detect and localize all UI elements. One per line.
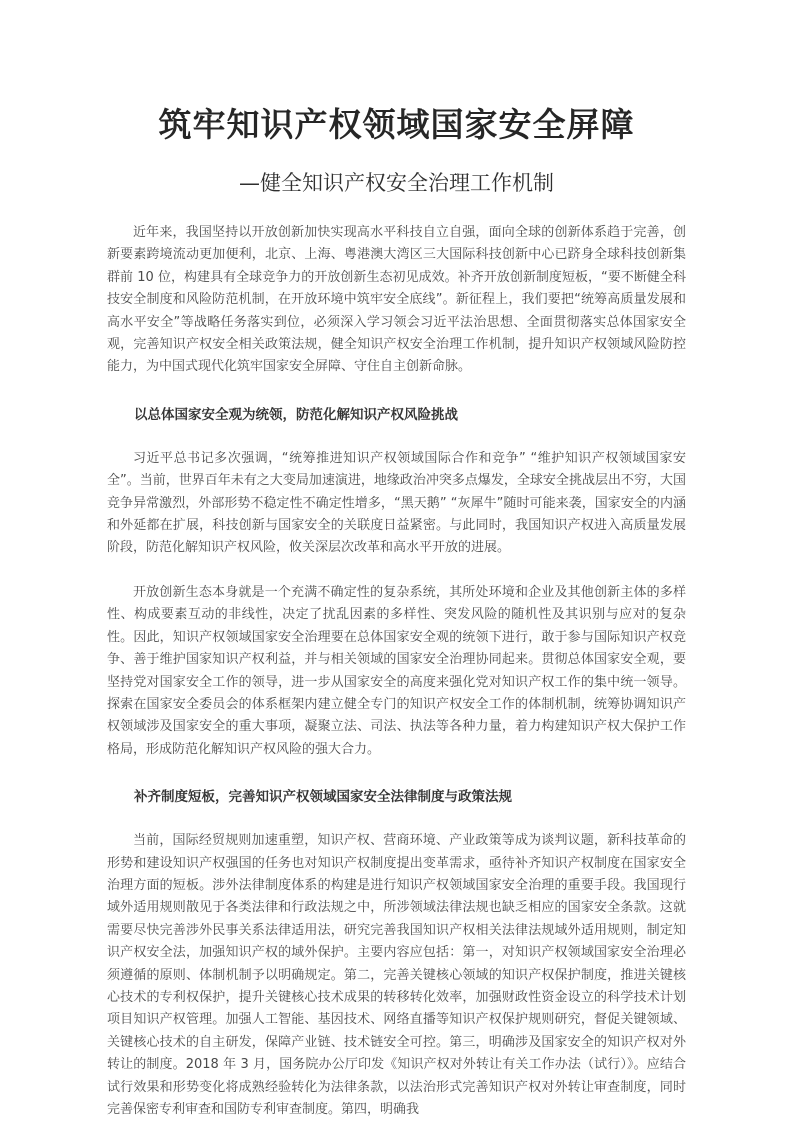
- section-1-heading: 以总体国家安全观为统领，防范化解知识产权风险挑战: [107, 405, 686, 425]
- document-subtitle: —健全知识产权安全治理工作机制: [107, 169, 686, 197]
- document-page: 筑牢知识产权领域国家安全屏障 —健全知识产权安全治理工作机制 近年来，我国坚持以…: [0, 0, 793, 1122]
- section-1-paragraph-2: 开放创新生态本身就是一个充满不确定性的复杂系统，其所处环境和企业及其他创新主体的…: [107, 582, 686, 761]
- intro-paragraph: 近年来，我国坚持以开放创新加快实现高水平科技自立自强，面向全球的创新体系趋于完善…: [107, 222, 686, 379]
- section-2-heading: 补齐制度短板，完善知识产权领域国家安全法律制度与政策法规: [107, 787, 686, 807]
- document-title: 筑牢知识产权领域国家安全屏障: [107, 104, 686, 146]
- section-1-paragraph-1: 习近平总书记多次强调，“统筹推进知识产权领域国际合作和竞争” “维护知识产权领域…: [107, 448, 686, 560]
- section-2-paragraph-1: 当前，国际经贸规则加速重塑，知识产权、营商环境、产业政策等成为谈判议题，新科技革…: [107, 830, 686, 1121]
